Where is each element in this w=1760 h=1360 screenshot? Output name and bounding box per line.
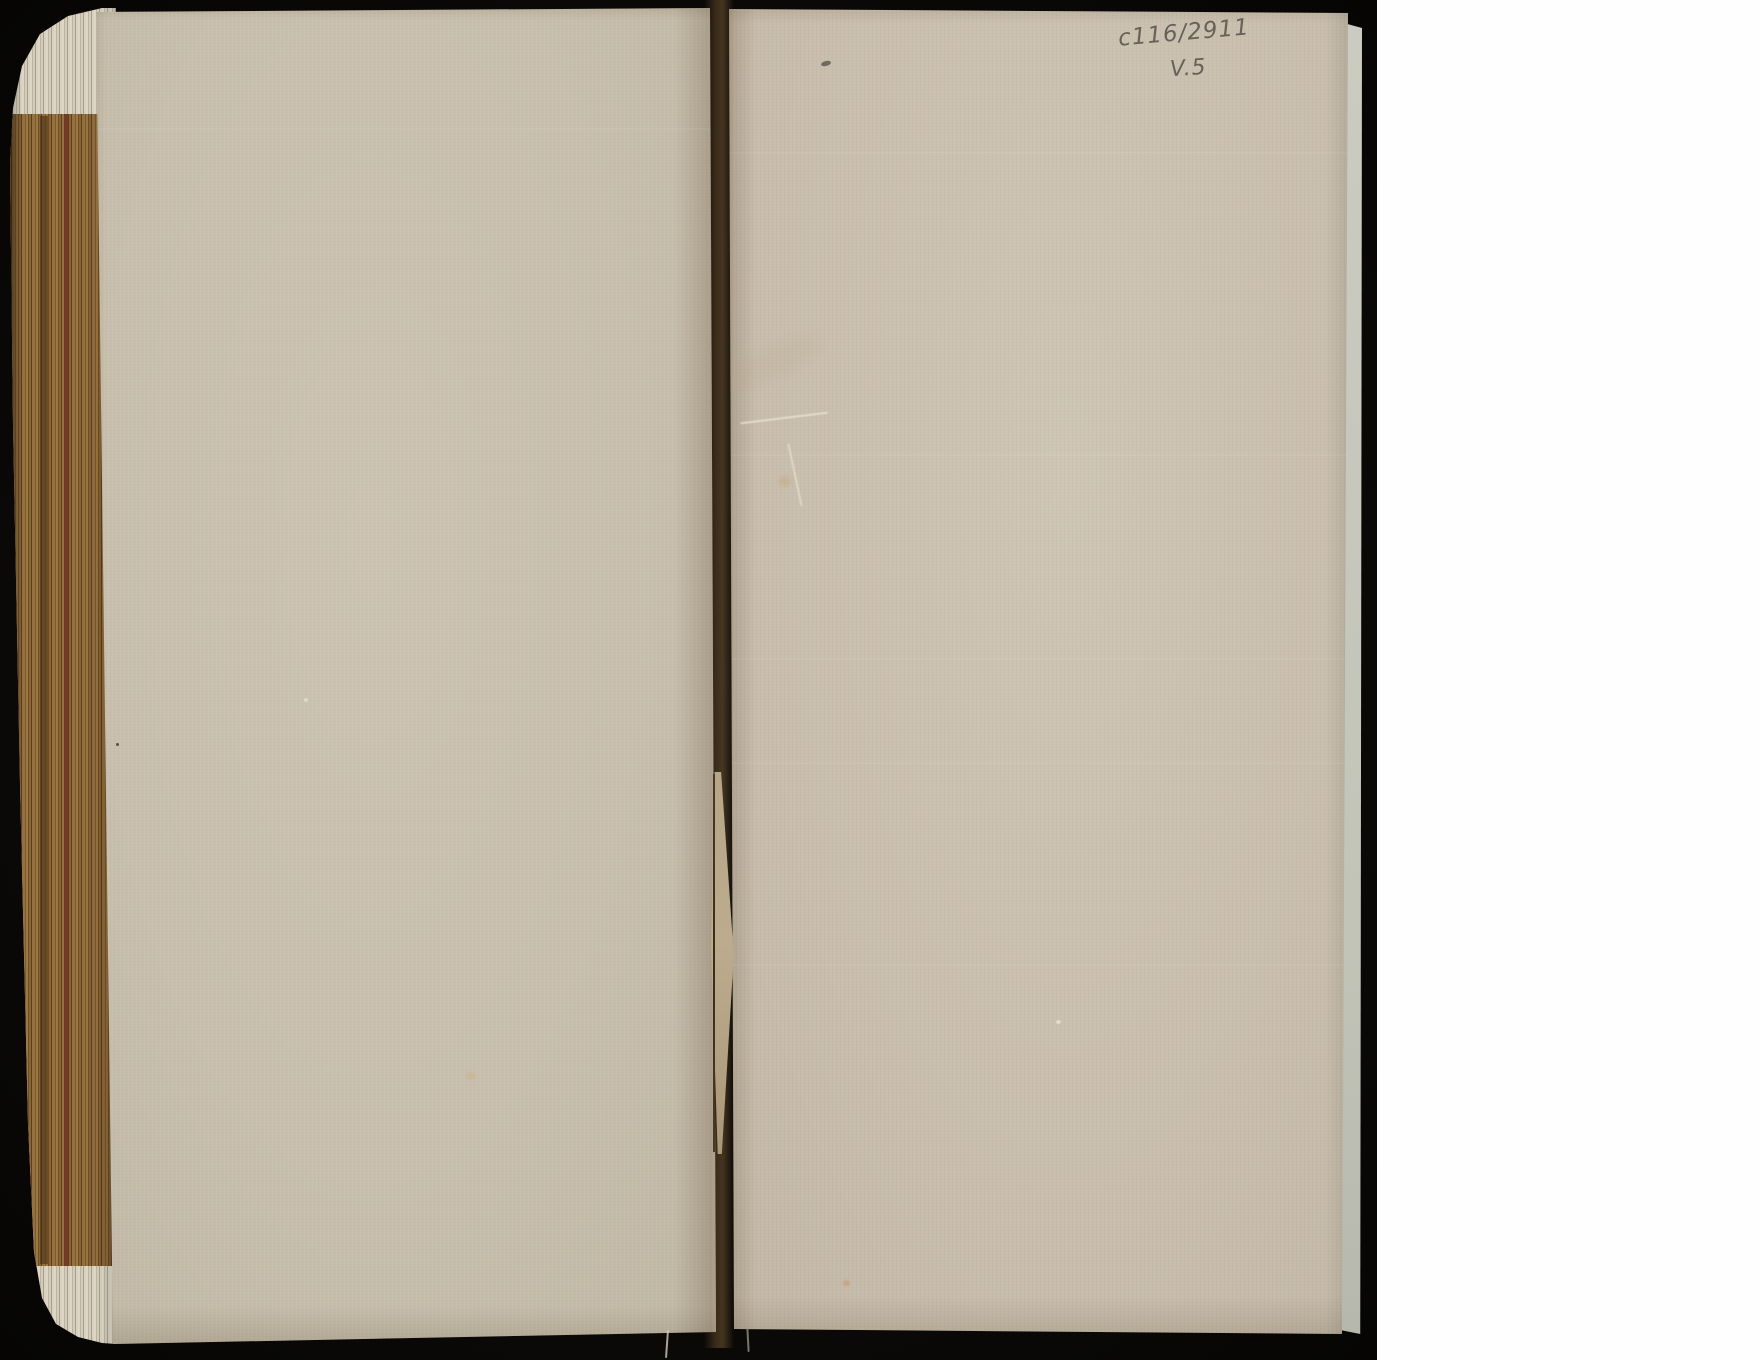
- foxing-spot: [466, 1072, 476, 1080]
- foxing-spot: [843, 1280, 850, 1286]
- scan-band-artifact: [722, 152, 1350, 154]
- right-page: c116/2911 V.5: [722, 6, 1350, 1336]
- foxing-spot: [778, 476, 791, 487]
- left-page-edge-shading: [88, 6, 718, 1346]
- scan-band-artifact: [722, 658, 1350, 660]
- scan-band-artifact: [722, 964, 1350, 966]
- dust-speck: [116, 743, 119, 746]
- scan-band-artifact: [88, 128, 718, 130]
- gutter-fold-line: [713, 774, 715, 1152]
- book-scan: c116/2911 V.5: [0, 0, 1760, 1360]
- scan-band-artifact: [722, 762, 1350, 764]
- paper-fleck: [1056, 1020, 1061, 1024]
- volume-inscription: V.5: [1169, 55, 1207, 82]
- paper-fleck: [304, 698, 308, 702]
- scan-band-artifact: [722, 454, 1350, 456]
- left-page: [88, 6, 718, 1346]
- right-page-edge-shading: [722, 6, 1350, 1336]
- scanner-bed-margin: [1377, 0, 1760, 1360]
